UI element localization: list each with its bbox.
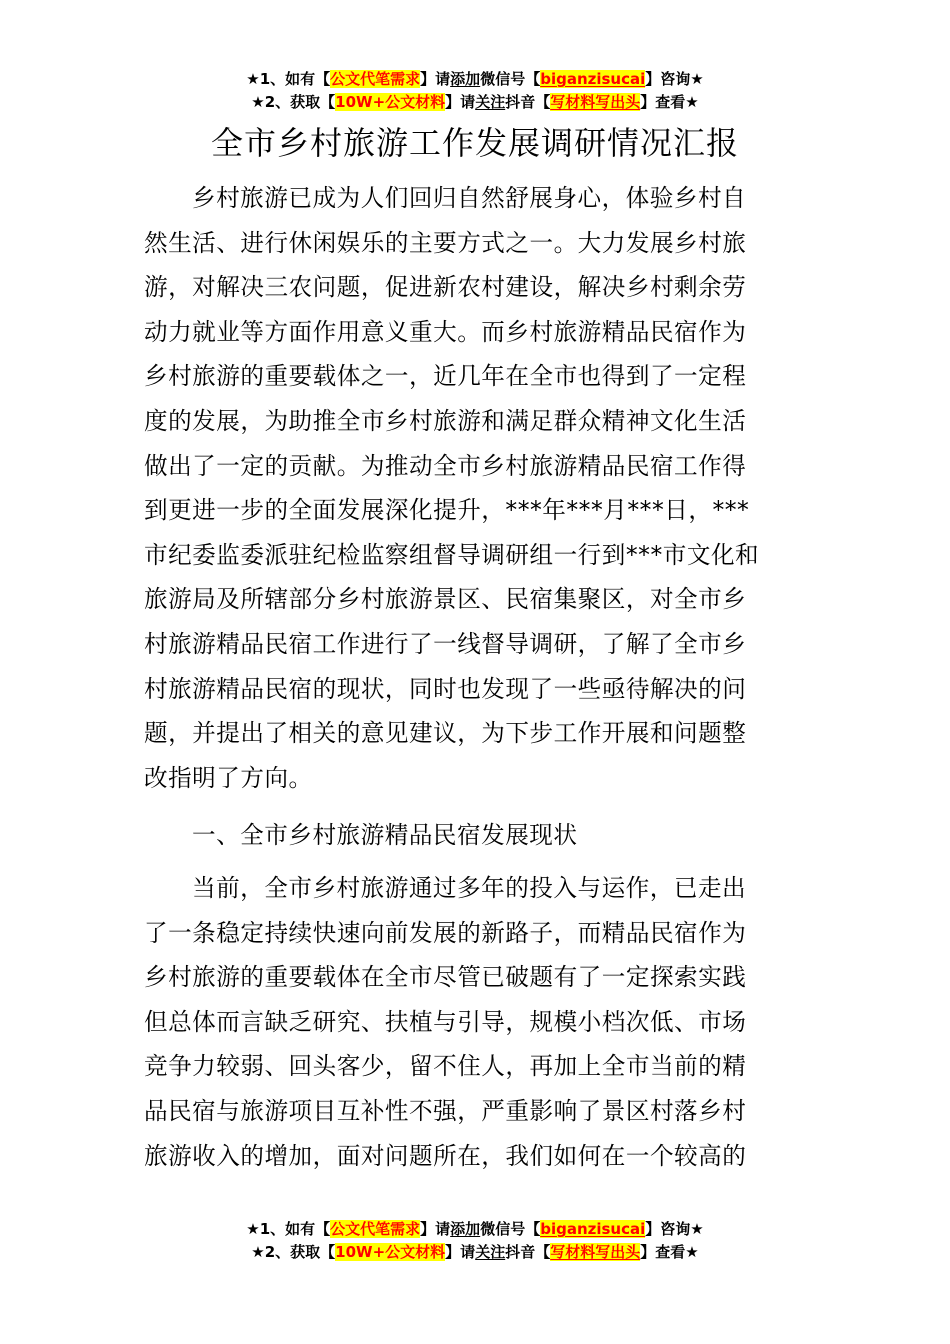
promo-banner-top: ★1、如有【公文代笔需求】请添加微信号【biganzisucai】咨询★ ★2、… <box>0 68 950 114</box>
star-icon: ★ <box>690 70 703 88</box>
text-line: 旅游局及所辖部分乡村旅游景区、民宿集聚区，对全市乡 <box>144 577 808 622</box>
text-line: 改指明了方向。 <box>144 756 808 801</box>
star-icon: ★ <box>690 1220 703 1238</box>
underlined-follow: 关注 <box>475 1243 505 1261</box>
text-line: 市纪委监委派驻纪检监察组督导调研组一行到***市文化和 <box>144 533 808 578</box>
text-line: 旅游收入的增加，面对问题所在，我们如何在一个较高的 <box>144 1134 808 1179</box>
star-icon: ★ <box>685 93 698 111</box>
highlight-materials: 10W+公文材料 <box>335 93 445 111</box>
text-line: 动力就业等方面作用意义重大。而乡村旅游精品民宿作为 <box>144 310 808 355</box>
promo-banner-bottom: ★1、如有【公文代笔需求】请添加微信号【biganzisucai】咨询★ ★2、… <box>0 1218 950 1264</box>
promo-text: 抖音【 <box>505 1243 550 1261</box>
star-icon: ★ <box>251 93 264 111</box>
promo-line-2: ★2、获取【10W+公文材料】请关注抖音【写材料写出头】查看★ <box>0 1241 950 1264</box>
text-line: 品民宿与旅游项目互补性不强，严重影响了景区村落乡村 <box>144 1089 808 1134</box>
text-line: 但总体而言缺乏研究、扶植与引导，规模小档次低、市场 <box>144 1000 808 1045</box>
highlight-service: 公文代笔需求 <box>330 70 420 88</box>
text-line: 到更进一步的全面发展深化提升，***年***月***日，*** <box>144 488 808 533</box>
promo-line-2: ★2、获取【10W+公文材料】请关注抖音【写材料写出头】查看★ <box>0 91 950 114</box>
douyin-account: 写材料写出头 <box>550 1243 640 1261</box>
promo-text: 1、如有【 <box>260 1220 330 1238</box>
highlight-service: 公文代笔需求 <box>330 1220 420 1238</box>
promo-text: 1、如有【 <box>260 70 330 88</box>
text-line: 村旅游精品民宿工作进行了一线督导调研，了解了全市乡 <box>144 622 808 667</box>
promo-text: 2、获取【 <box>265 1243 335 1261</box>
heading-text: 一、全市乡村旅游精品民宿发展现状 <box>144 813 808 858</box>
promo-text: 】查看 <box>640 1243 685 1261</box>
text-line: 然生活、进行休闲娱乐的主要方式之一。大力发展乡村旅 <box>144 221 808 266</box>
star-icon: ★ <box>246 1220 259 1238</box>
paragraph-status: 当前，全市乡村旅游通过多年的投入与运作，已走出 了一条稳定持续快速向前发展的新路… <box>144 866 808 1178</box>
promo-text: 微信号【 <box>480 1220 540 1238</box>
promo-text: 】咨询 <box>645 1220 690 1238</box>
text-line: 度的发展，为助推全市乡村旅游和满足群众精神文化生活 <box>144 399 808 444</box>
promo-text: 】请 <box>445 1243 475 1261</box>
promo-text: 2、获取【 <box>265 93 335 111</box>
text-line: 题，并提出了相关的意见建议，为下步工作开展和问题整 <box>144 711 808 756</box>
text-line: 竞争力较弱、回头客少，留不住人，再加上全市当前的精 <box>144 1044 808 1089</box>
wechat-id: biganzisucai <box>540 1220 645 1238</box>
text-line: 乡村旅游的重要载体在全市尽管已破题有了一定探索实践 <box>144 955 808 1000</box>
document-title: 全市乡村旅游工作发展调研情况汇报 <box>0 118 950 168</box>
underlined-add: 添加 <box>450 70 480 88</box>
promo-text: 】查看 <box>640 93 685 111</box>
text-line: 做出了一定的贡献。为推动全市乡村旅游精品民宿工作得 <box>144 444 808 489</box>
promo-text: 】请 <box>445 93 475 111</box>
star-icon: ★ <box>685 1243 698 1261</box>
text-line: 了一条稳定持续快速向前发展的新路子，而精品民宿作为 <box>144 911 808 956</box>
promo-text: 】请 <box>420 1220 450 1238</box>
promo-text: 】请 <box>420 70 450 88</box>
underlined-add: 添加 <box>450 1220 480 1238</box>
promo-text: 抖音【 <box>505 93 550 111</box>
highlight-materials: 10W+公文材料 <box>335 1243 445 1261</box>
underlined-follow: 关注 <box>475 93 505 111</box>
text-line: 游，对解决三农问题，促进新农村建设，解决乡村剩余劳 <box>144 265 808 310</box>
wechat-id: biganzisucai <box>540 70 645 88</box>
section-heading-1: 一、全市乡村旅游精品民宿发展现状 <box>144 813 808 858</box>
text-line: 乡村旅游的重要载体之一，近几年在全市也得到了一定程 <box>144 354 808 399</box>
douyin-account: 写材料写出头 <box>550 93 640 111</box>
promo-line-1: ★1、如有【公文代笔需求】请添加微信号【biganzisucai】咨询★ <box>0 68 950 91</box>
star-icon: ★ <box>246 70 259 88</box>
text-line: 乡村旅游已成为人们回归自然舒展身心，体验乡村自 <box>144 176 808 221</box>
promo-text: 微信号【 <box>480 70 540 88</box>
text-line: 当前，全市乡村旅游通过多年的投入与运作，已走出 <box>144 866 808 911</box>
paragraph-intro: 乡村旅游已成为人们回归自然舒展身心，体验乡村自 然生活、进行休闲娱乐的主要方式之… <box>144 176 808 800</box>
promo-line-1: ★1、如有【公文代笔需求】请添加微信号【biganzisucai】咨询★ <box>0 1218 950 1241</box>
promo-text: 】咨询 <box>645 70 690 88</box>
text-line: 村旅游精品民宿的现状，同时也发现了一些亟待解决的问 <box>144 667 808 712</box>
star-icon: ★ <box>251 1243 264 1261</box>
